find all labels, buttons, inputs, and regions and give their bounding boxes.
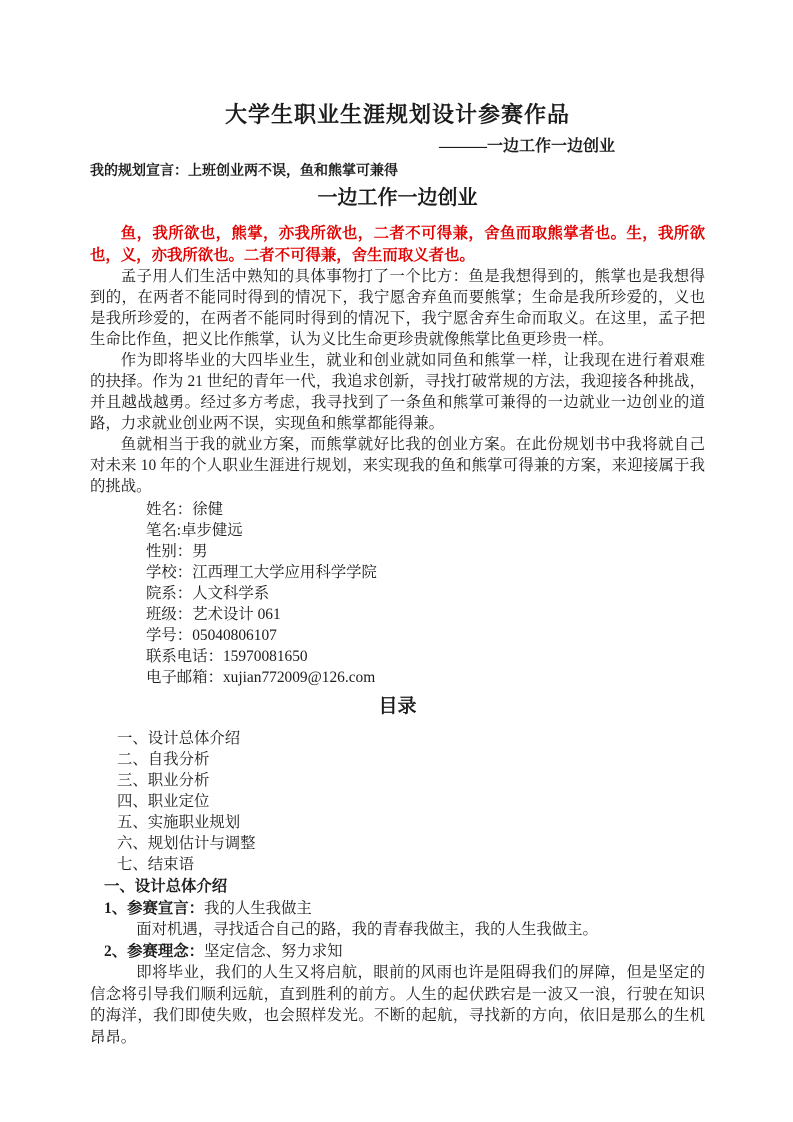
profile-value: 艺术设计 061: [192, 606, 281, 623]
profile-row-penname: 笔名:卓步健远: [146, 520, 705, 541]
profile-row-school: 学校：江西理工大学应用科学学院: [146, 562, 705, 583]
profile-label: 电子邮箱：: [146, 669, 223, 686]
subsection-concept-body: 即将毕业，我们的人生又将启航，眼前的风雨也许是阻碍我们的屏障，但是坚定的信念将引…: [90, 962, 705, 1048]
red-quote: 鱼，我所欲也，熊掌，亦我所欲也，二者不可得兼，舍鱼而取熊掌者也。生，我所欲也，义…: [90, 223, 705, 266]
profile-row-email: 电子邮箱：xujian772009@126.com: [146, 667, 705, 688]
profile-value: 人文科学系: [192, 585, 269, 602]
toc-item-1: 一、设计总体介绍: [117, 728, 705, 749]
section-1-header: 一、设计总体介绍: [90, 876, 705, 898]
profile-value: xujian772009@126.com: [223, 669, 375, 686]
profile-label: 性别：: [146, 543, 192, 560]
toc-item-7: 七、结束语: [117, 854, 705, 875]
profile-list: 姓名：徐健 笔名:卓步健远 性别：男 学校：江西理工大学应用科学学院 院系：人文…: [90, 499, 705, 688]
toc-item-6: 六、规划估计与调整: [117, 833, 705, 854]
profile-label: 姓名：: [146, 501, 192, 518]
toc-list: 一、设计总体介绍 二、自我分析 三、职业分析 四、职业定位 五、实施职业规划 六…: [90, 728, 705, 875]
subtitle: ———一边工作一边创业: [90, 136, 705, 158]
toc-item-2: 二、自我分析: [117, 749, 705, 770]
profile-label: 学号：: [146, 627, 192, 644]
profile-label: 联系电话：: [146, 648, 223, 665]
profile-value: 卓步健远: [181, 522, 243, 539]
profile-row-gender: 性别：男: [146, 541, 705, 562]
paragraph-plan-intro: 鱼就相当于我的就业方案，而熊掌就好比我的创业方案。在此份规划书中我将就自己对未来…: [90, 434, 705, 497]
page-title: 大学生职业生涯规划设计参赛作品: [90, 101, 705, 129]
profile-label: 班级：: [146, 606, 192, 623]
subsection-declaration-label: 1、参赛宣言：: [104, 900, 204, 917]
profile-row-student-id: 学号：05040806107: [146, 625, 705, 646]
toc-title: 目录: [90, 694, 705, 719]
profile-value: 05040806107: [192, 627, 277, 644]
profile-label: 院系：: [146, 585, 192, 602]
declaration-line: 我的规划宣言：上班创业两不误，鱼和熊掌可兼得: [90, 161, 705, 180]
toc-item-4: 四、职业定位: [117, 791, 705, 812]
toc-item-3: 三、职业分析: [117, 770, 705, 791]
profile-row-phone: 联系电话：15970081650: [146, 646, 705, 667]
profile-value: 15970081650: [223, 648, 308, 665]
profile-row-department: 院系：人文科学系: [146, 583, 705, 604]
profile-row-class: 班级：艺术设计 061: [146, 604, 705, 625]
profile-value: 江西理工大学应用科学学院: [192, 564, 377, 581]
paragraph-graduate-choice: 作为即将毕业的大四毕业生，就业和创业就如同鱼和熊掌一样，让我现在进行着艰难的抉择…: [90, 350, 705, 434]
profile-label: 学校：: [146, 564, 192, 581]
subsection-concept-value: 坚定信念、努力求知: [204, 943, 343, 960]
toc-item-5: 五、实施职业规划: [117, 812, 705, 833]
subsection-concept-label: 2、参赛理念：: [104, 943, 204, 960]
subsection-concept-line: 2、参赛理念：坚定信念、努力求知: [90, 941, 705, 963]
paragraph-mengzi-analogy: 孟子用人们生活中熟知的具体事物打了一个比方：鱼是我想得到的，熊掌也是我想得到的，…: [90, 266, 705, 350]
profile-label: 笔名:: [146, 522, 181, 539]
profile-row-name: 姓名：徐健: [146, 499, 705, 520]
chapter-heading: 一边工作一边创业: [90, 185, 705, 212]
subsection-declaration-value: 我的人生我做主: [204, 900, 312, 917]
subsection-declaration-body: 面对机遇，寻找适合自己的路，我的青春我做主，我的人生我做主。: [90, 919, 705, 941]
document-page: 大学生职业生涯规划设计参赛作品 ———一边工作一边创业 我的规划宣言：上班创业两…: [0, 0, 793, 1122]
profile-value: 男: [192, 543, 207, 560]
subsection-declaration-line: 1、参赛宣言：我的人生我做主: [90, 898, 705, 920]
profile-value: 徐健: [192, 501, 223, 518]
